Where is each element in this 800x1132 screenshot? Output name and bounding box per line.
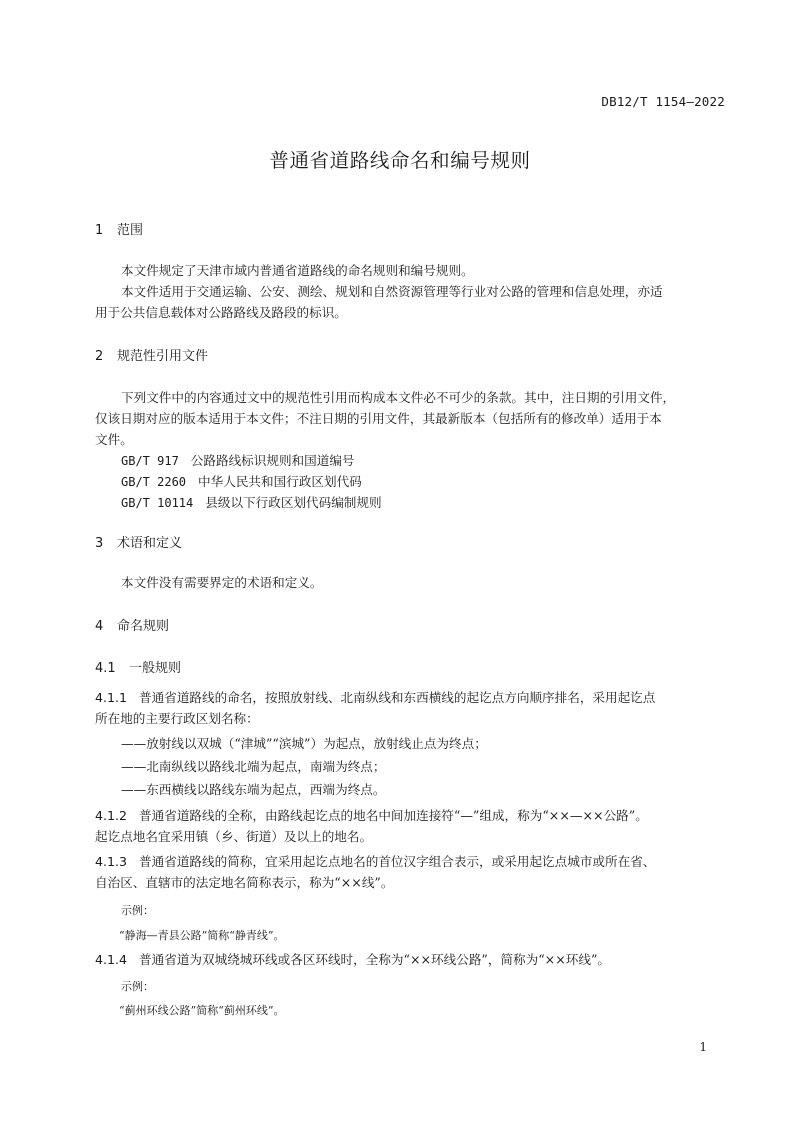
reference-title: 中华人民共和国行政区划代码 <box>198 474 362 489</box>
example-text: “蓟州环线公路”简称“蓟州环线”。 <box>119 1002 285 1018</box>
clause-number: 4.1.2 <box>95 808 127 823</box>
list-item: ——放射线以双城（“津城”“滨城”）为起点，放射线止点为终点； <box>121 733 487 754</box>
section-number: 4 <box>95 619 117 634</box>
section-number: 3 <box>95 536 117 551</box>
clause-4-1-2: 4.1.2普通省道路线的全称，由路线起讫点的地名中间加连接符“—”组成，称为“×… <box>95 805 727 826</box>
section-4-heading: 4命名规则 <box>95 615 169 634</box>
reference-item: GB/T 10114县级以下行政区划代码编制规则 <box>121 492 382 514</box>
subsection-4-1-heading: 4.1一般规则 <box>95 657 181 676</box>
section-1-heading: 1范围 <box>95 219 143 238</box>
section-number: 2 <box>95 349 117 364</box>
reference-code: GB/T 917 <box>121 454 179 468</box>
list-item: ——北南纵线以路线北端为起点，南端为终点； <box>121 756 385 777</box>
reference-title: 公路路线标识规则和国道编号 <box>191 453 355 468</box>
reference-code: GB/T 10114 <box>121 496 193 510</box>
list-item: ——东西横线以路线东端为起点，西端为终点。 <box>121 779 385 800</box>
subsection-title: 一般规则 <box>129 661 181 676</box>
section-1-paragraph-2-cont: 用于公共信息载体对公路路线及路段的标识。 <box>95 302 727 323</box>
section-3-paragraph: 本文件没有需要界定的术语和定义。 <box>95 572 727 593</box>
section-2-paragraph-line-1: 下列文件中的内容通过文中的规范性引用而构成本文件必不可少的条款。其中，注日期的引… <box>95 387 727 408</box>
section-2-paragraph-line-3: 文件。 <box>95 429 727 450</box>
clause-4-1-1: 4.1.1普通省道路线的命名，按照放射线、北南纵线和东西横线的起讫点方向顺序排名… <box>95 687 727 708</box>
section-title: 命名规则 <box>117 619 169 634</box>
clause-number: 4.1.1 <box>95 690 127 705</box>
example-label: 示例： <box>121 902 154 918</box>
standard-code: DB12/T 1154—2022 <box>601 94 725 109</box>
example-label: 示例： <box>121 978 154 994</box>
clause-4-1-3-cont: 自治区、直辖市的法定地名简称表示，称为“××线”。 <box>95 872 727 893</box>
section-1-paragraph-1: 本文件规定了天津市域内普通省道路线的命名规则和编号规则。 <box>95 260 727 281</box>
clause-4-1-4: 4.1.4普通省道为双城绕城环线或各区环线时，全称为“××环线公路”，简称为“×… <box>95 949 727 970</box>
document-title: 普通省道路线命名和编号规则 <box>0 145 800 173</box>
clause-4-1-2-cont: 起讫点地名宜采用镇（乡、街道）及以上的地名。 <box>95 826 727 847</box>
section-title: 术语和定义 <box>117 536 182 551</box>
section-3-heading: 3术语和定义 <box>95 532 182 551</box>
section-1-paragraph-2: 本文件适用于交通运输、公安、测绘、规划和自然资源管理等行业对公路的管理和信息处理… <box>95 281 727 302</box>
clause-4-1-3: 4.1.3普通省道路线的简称，宜采用起讫点地名的首位汉字组合表示，或采用起讫点城… <box>95 851 727 872</box>
clause-number: 4.1.3 <box>95 854 127 869</box>
page-number: 1 <box>699 1040 707 1054</box>
reference-item: GB/T 917公路路线标识规则和国道编号 <box>121 450 355 472</box>
document-page: DB12/T 1154—2022 普通省道路线命名和编号规则 1范围 本文件规定… <box>0 0 800 1132</box>
section-title: 范围 <box>117 223 143 238</box>
example-text: “静海—青县公路”简称“静青线”。 <box>119 927 285 943</box>
section-title: 规范性引用文件 <box>117 349 208 364</box>
reference-title: 县级以下行政区划代码编制规则 <box>205 495 381 510</box>
clause-number: 4.1.4 <box>95 952 127 967</box>
subsection-number: 4.1 <box>95 661 129 676</box>
section-2-heading: 2规范性引用文件 <box>95 345 208 364</box>
section-2-paragraph-line-2: 仅该日期对应的版本适用于本文件；不注日期的引用文件，其最新版本（包括所有的修改单… <box>95 408 727 429</box>
section-number: 1 <box>95 223 117 238</box>
clause-4-1-1-cont: 所在地的主要行政区划名称： <box>95 708 727 729</box>
reference-item: GB/T 2260中华人民共和国行政区划代码 <box>121 471 362 493</box>
reference-code: GB/T 2260 <box>121 475 186 489</box>
